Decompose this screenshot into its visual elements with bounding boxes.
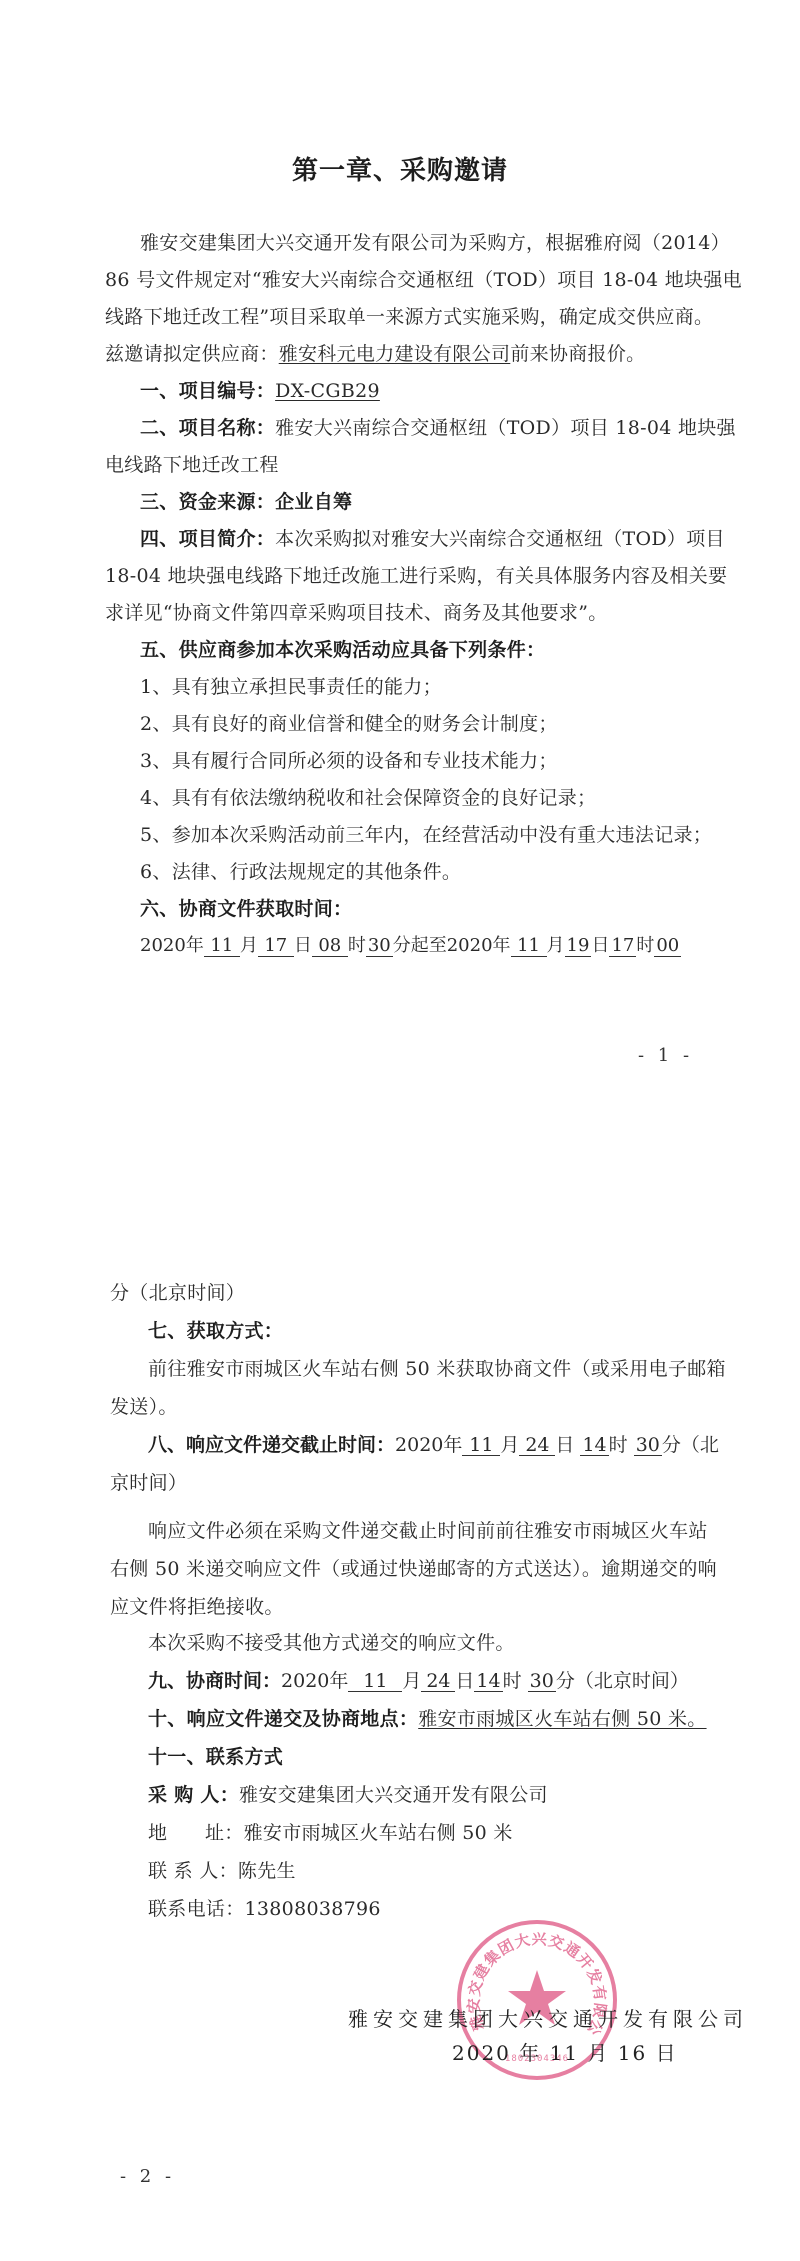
deadline-minute: 30 <box>634 1435 662 1456</box>
phone-value: 13808038796 <box>245 1898 381 1920</box>
signature-company: 雅安交建集团大兴交通开发有限公司 <box>348 2003 748 2032</box>
end-day: 19 <box>565 936 592 957</box>
page-number-2: - 2 - <box>120 2166 175 2187</box>
section-label: 十、响应文件递交及协商地点： <box>148 1708 418 1730</box>
section-label: 一、项目编号： <box>140 380 275 402</box>
start-minute: 30 <box>366 936 393 957</box>
deadline-hour: 14 <box>580 1435 608 1456</box>
section-label: 九、协商时间： <box>148 1670 281 1692</box>
funding-value: 企业自筹 <box>275 491 352 513</box>
purchaser-value: 雅安交建集团大兴交通开发有限公司 <box>239 1784 548 1806</box>
end-month: 11 <box>511 936 547 957</box>
negotiation-minute: 30 <box>528 1671 556 1692</box>
section-label: 二、项目名称： <box>140 417 275 439</box>
start-month: 11 <box>204 936 240 957</box>
section-label: 八、响应文件递交截止时间： <box>148 1434 395 1456</box>
start-hour: 08 <box>312 936 348 957</box>
deadline-month: 11 <box>462 1435 500 1456</box>
location-value: 雅安市雨城区火车站右侧 50 米。 <box>418 1708 706 1730</box>
negotiation-month: 11 <box>348 1671 402 1692</box>
address-label-a: 地 <box>148 1821 167 1845</box>
section-label: 三、资金来源： <box>140 491 275 513</box>
purchaser-label: 采 购 人： <box>148 1784 239 1806</box>
negotiation-hour: 14 <box>474 1671 502 1692</box>
page-title: 第一章、采购邀请 <box>0 150 800 187</box>
address-label-b: 址： <box>205 1822 244 1844</box>
page-number-1: - 1 - <box>638 1045 693 1066</box>
address-value: 雅安市雨城区火车站右侧 50 米 <box>244 1822 513 1844</box>
section-label: 四、项目简介： <box>140 528 275 550</box>
end-minute: 00 <box>654 936 681 957</box>
contact-label: 联 系 人： <box>148 1860 238 1882</box>
supplier-name: 雅安科元电力建设有限公司 <box>279 343 511 365</box>
phone-label: 联系电话： <box>148 1898 245 1920</box>
project-number: DX-CGB29 <box>275 380 380 402</box>
deadline-day: 24 <box>519 1435 555 1456</box>
start-day: 17 <box>258 936 294 957</box>
contact-value: 陈先生 <box>238 1860 296 1882</box>
negotiation-day: 24 <box>421 1671 455 1692</box>
end-hour: 17 <box>609 936 636 957</box>
signature-date: 2020 年 11 月 16 日 <box>452 2037 678 2066</box>
